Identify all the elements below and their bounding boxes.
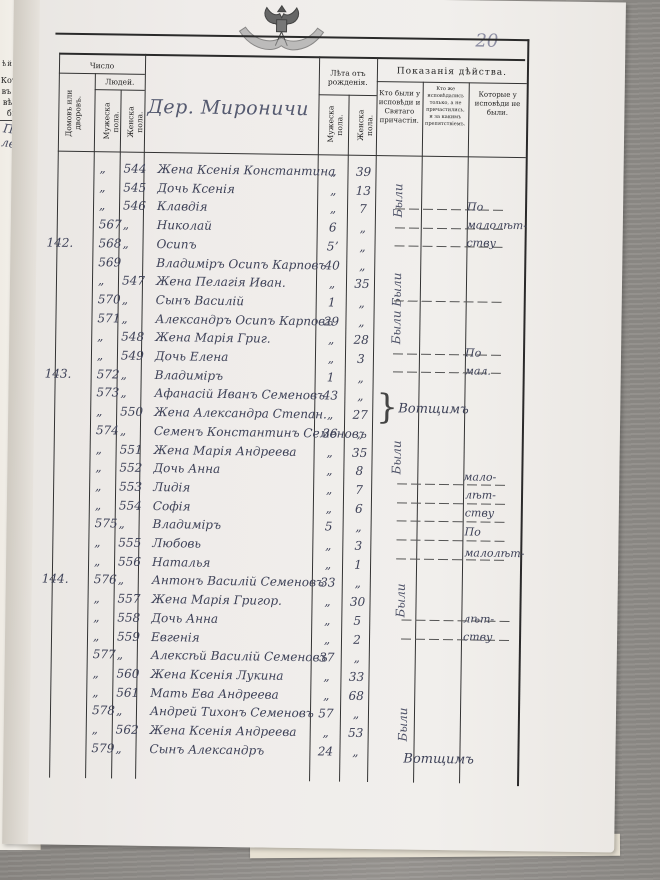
age-female: „: [351, 221, 375, 235]
age-male: „: [317, 463, 341, 477]
age-male: „: [316, 557, 340, 571]
note-text: ству: [463, 630, 493, 643]
male-number: „: [97, 348, 103, 362]
age-female: 27: [348, 408, 372, 422]
note-text: По: [465, 346, 481, 359]
age-male: 5ʼ: [320, 239, 344, 253]
age-female: „: [349, 314, 373, 328]
person-name: Осипъ: [156, 237, 196, 252]
status-col2-header: Кто же исповѣдались только, а не причаст…: [424, 86, 467, 129]
age-female: 5: [345, 613, 369, 627]
male-number: „: [95, 498, 101, 512]
note-text: малолѣт-: [467, 218, 527, 232]
female-number: 550: [120, 405, 143, 419]
age-female: „: [344, 707, 368, 721]
age-male: 1: [320, 295, 344, 309]
female-number: „: [117, 648, 123, 662]
female-number: „: [118, 573, 124, 587]
age-male: „: [319, 351, 343, 365]
male-number: „: [99, 199, 105, 213]
age-male-column-header: Мужеска пола.: [326, 98, 345, 150]
age-male: 40: [320, 258, 344, 272]
male-number: „: [92, 722, 98, 736]
age-female: 7: [351, 202, 375, 216]
male-number: 569: [98, 255, 121, 269]
female-number: 553: [119, 479, 142, 493]
female-number: „: [122, 292, 128, 306]
person-name: Жена Ксенія Лукина: [150, 667, 283, 683]
person-name: Дочь Ксенія: [157, 181, 235, 196]
household-number: 144.: [42, 572, 69, 586]
male-number: 576: [94, 573, 117, 587]
male-number: „: [96, 404, 102, 418]
female-number: 552: [119, 461, 142, 475]
age-female: „: [349, 370, 373, 384]
female-number: 551: [120, 442, 143, 456]
age-male: „: [321, 202, 345, 216]
person-name: Жена Ксенія Константина: [157, 162, 335, 178]
age-female: 35: [350, 277, 374, 291]
age-male: „: [314, 725, 338, 739]
age-female: 68: [344, 688, 368, 702]
age-male: 37: [315, 650, 339, 664]
note-text: ству: [466, 236, 496, 249]
age-female: 33: [344, 670, 368, 684]
were-present-annotation: Были: [391, 177, 406, 217]
male-number: „: [94, 535, 100, 549]
female-number: „: [121, 367, 127, 381]
age-male: 36: [318, 426, 342, 440]
age-male: 57: [314, 707, 338, 721]
note-text: По: [464, 525, 480, 538]
male-number: „: [94, 554, 100, 568]
male-column-header: Мужеска пола.: [102, 95, 121, 147]
female-number: „: [115, 741, 121, 755]
status-col3-header: Которые у исповѣди не были.: [470, 90, 524, 118]
female-number: 560: [116, 666, 139, 680]
note-text: мал.: [465, 364, 491, 377]
female-number: 561: [116, 685, 139, 699]
male-number: „: [92, 685, 98, 699]
male-number: 577: [93, 647, 116, 661]
were-present-annotation: Были: [393, 577, 408, 617]
male-number: 579: [91, 741, 114, 755]
age-female: 53: [344, 726, 368, 740]
age-male: „: [315, 594, 339, 608]
female-number: 557: [117, 592, 140, 606]
female-number: 545: [123, 180, 146, 194]
female-number: „: [116, 704, 122, 718]
person-name: Софія: [153, 499, 191, 514]
brace-note-text: Вотщимъ: [398, 401, 469, 417]
male-number: 567: [99, 217, 122, 231]
person-name: Дочь Анна: [153, 461, 220, 476]
female-number: „: [122, 236, 128, 250]
person-name: Клавдія: [157, 199, 208, 214]
person-name: Николай: [157, 218, 212, 233]
age-male: 6: [321, 220, 345, 234]
note-text: лѣт-: [465, 488, 496, 501]
age-female: 1: [346, 557, 370, 571]
person-name: Наталья: [152, 555, 210, 570]
female-number: 556: [118, 554, 141, 568]
person-name: Дочь Анна: [151, 611, 218, 626]
age-male: „: [319, 333, 343, 347]
person-name: Андрей Тихонъ Семеновъ: [150, 704, 314, 720]
age-female: „: [350, 296, 374, 310]
register-page: 20 Число Людей. Домовъ или дворовъ. Муже…: [2, 0, 626, 852]
age-female: 28: [349, 333, 373, 347]
male-number: 572: [97, 367, 120, 381]
female-number: 555: [118, 536, 141, 550]
age-female: „: [348, 389, 372, 403]
male-number: 573: [96, 386, 119, 400]
age-male: 24: [313, 744, 337, 758]
female-number: 548: [121, 330, 144, 344]
female-number: „: [119, 517, 125, 531]
person-name: Владиміръ Осипъ Карповъ: [156, 256, 326, 272]
village-title: Дер. Мироничи: [147, 96, 309, 120]
people-group-header: Людей.: [95, 77, 145, 87]
age-male: 29: [319, 314, 343, 328]
age-male: „: [318, 407, 342, 421]
male-number: 578: [92, 703, 115, 717]
age-male: 43: [318, 389, 342, 403]
person-name: Евгенія: [151, 629, 200, 644]
person-name: Жена Марія Григ.: [155, 330, 271, 346]
note-text: ству: [465, 506, 495, 519]
age-female: „: [346, 520, 370, 534]
female-number: „: [123, 218, 129, 232]
female-number: 547: [122, 274, 145, 288]
female-number: „: [121, 311, 127, 325]
person-name: Жена Марія Андреева: [154, 442, 297, 458]
age-male: „: [321, 183, 345, 197]
age-male: „: [317, 501, 341, 515]
male-number: 575: [95, 516, 118, 530]
age-female: 30: [345, 595, 369, 609]
age-female: „: [350, 258, 374, 272]
female-number: „: [120, 423, 126, 437]
person-name: Жена Марія Григор.: [151, 592, 282, 608]
male-number: 574: [96, 423, 119, 437]
male-number: „: [96, 442, 102, 456]
age-female: „: [350, 240, 374, 254]
age-female: 2: [345, 632, 369, 646]
age-female: „: [348, 427, 372, 441]
male-number: „: [99, 161, 105, 175]
age-male: „: [314, 669, 338, 683]
were-present-annotation: Были: [389, 434, 404, 474]
bottom-note-text: Вотщимъ: [403, 752, 474, 768]
male-number: „: [93, 591, 99, 605]
male-number: „: [99, 180, 105, 194]
person-name: Жена Пелагія Иван.: [156, 274, 286, 290]
person-name: Сынъ Василій: [156, 293, 244, 308]
age-female: „: [345, 651, 369, 665]
male-number: „: [93, 629, 99, 643]
age-male: „: [317, 482, 341, 496]
male-number: 571: [97, 311, 120, 325]
male-number: 570: [98, 292, 121, 306]
female-number: 554: [119, 498, 142, 512]
female-number: 558: [117, 610, 140, 624]
female-number: 562: [116, 722, 139, 736]
male-number: „: [95, 460, 101, 474]
person-name: Любовь: [152, 536, 201, 551]
age-male: „: [321, 164, 345, 178]
female-number: „: [120, 386, 126, 400]
person-name: Жена Ксенія Андреева: [150, 723, 297, 739]
age-male: 5: [316, 520, 340, 534]
male-number: „: [95, 479, 101, 493]
age-female: 8: [347, 464, 371, 478]
age-female: 13: [351, 183, 375, 197]
age-female: „: [346, 576, 370, 590]
person-name: Мать Ева Андреева: [150, 686, 279, 702]
were-present-annotation: Были: [396, 661, 411, 741]
age-male: „: [320, 276, 344, 290]
age-female: 7: [347, 483, 371, 497]
age-female: 3: [349, 352, 373, 366]
note-text: По: [467, 200, 483, 213]
person-name: Сынъ Александръ: [149, 742, 264, 758]
person-name: Александръ Осипъ Карповъ: [155, 312, 333, 328]
age-male: 1: [319, 370, 343, 384]
male-number: „: [98, 273, 104, 287]
age-male: „: [316, 538, 340, 552]
age-female: 35: [348, 445, 372, 459]
person-name: Владиміръ: [153, 517, 222, 532]
households-column-header: Домовъ или дворовъ.: [64, 79, 83, 147]
count-group-header: Число: [59, 61, 145, 71]
male-number: 568: [98, 236, 121, 250]
age-male: „: [314, 688, 338, 702]
note-text: малолѣт-: [464, 546, 524, 560]
person-name: Антонъ Василій Семеновъ: [152, 573, 324, 589]
female-number: 549: [121, 349, 144, 363]
age-group-header: Лѣта отъ рожденія.: [319, 68, 377, 87]
male-number: „: [92, 666, 98, 680]
age-male: 33: [316, 576, 340, 590]
female-column-header: Женска пола.: [126, 96, 145, 148]
person-name: Афанасій Иванъ Семеновъ: [154, 386, 325, 402]
female-number: 544: [123, 162, 146, 176]
note-text: мало-: [463, 470, 496, 483]
age-male: „: [315, 613, 339, 627]
brace-annotation: }: [376, 387, 398, 427]
male-number: „: [93, 610, 99, 624]
age-female-column-header: Женска пола.: [356, 99, 375, 151]
female-number: 559: [117, 629, 140, 643]
person-name: Алексѣй Василій Семеновъ: [151, 648, 328, 664]
household-number: 143.: [45, 366, 72, 380]
age-female: „: [343, 744, 367, 758]
age-female: 39: [351, 165, 375, 179]
age-female: 6: [347, 501, 371, 515]
female-number: 546: [123, 199, 146, 213]
male-number: „: [97, 329, 103, 343]
person-name: Дочь Елена: [155, 349, 229, 364]
age-male: „: [318, 445, 342, 459]
household-number: 142.: [46, 235, 73, 249]
were-present-annotation: Были Были: [389, 264, 404, 344]
note-text: лѣт-: [463, 612, 494, 625]
person-name: Владиміръ: [155, 368, 224, 383]
status-col1-header: Кто были у исповѣди и Святаго причастія.: [378, 89, 420, 126]
age-male: „: [315, 632, 339, 646]
person-name: Жена Александра Степан.: [154, 405, 327, 421]
age-female: 3: [346, 539, 370, 553]
person-name: Лидія: [153, 480, 190, 495]
